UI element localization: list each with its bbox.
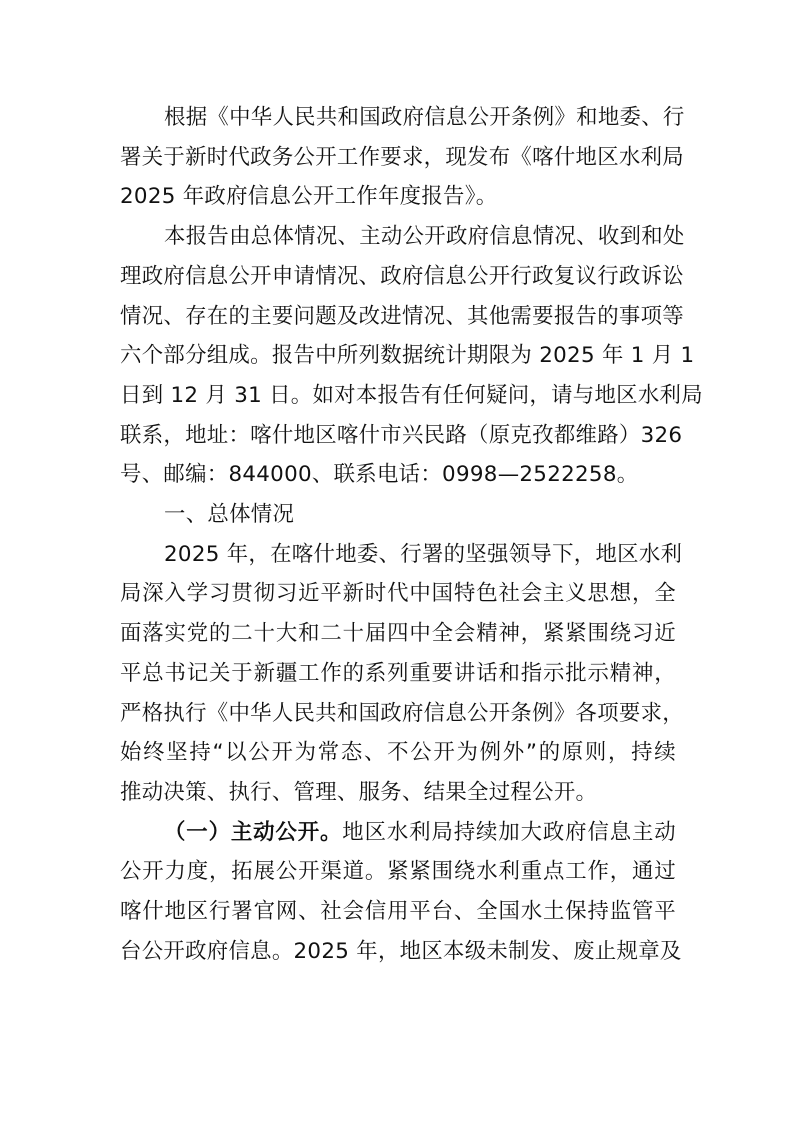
text-fragment: 地区水利局持续加大政府信息主动	[342, 820, 676, 845]
text-line: 情况、存在的主要问题及改进情况、其他需要报告的事项等	[120, 297, 676, 337]
structure-paragraph: 本报告由总体情况、主动公开政府信息情况、收到和处 理政府信息公开申请情况、政府信…	[120, 217, 676, 495]
active-disclosure-paragraph: （一）主动公开。地区水利局持续加大政府信息主动 公开力度，拓展公开渠道。紧紧围绕…	[120, 813, 676, 972]
text-line: 六个部分组成。报告中所列数据统计期限为 2025 年 1 月 1	[120, 336, 676, 376]
text-line: 日到 12 月 31 日。如对本报告有任何疑问，请与地区水利局	[120, 376, 676, 416]
text-line: 根据《中华人民共和国政府信息公开条例》和地委、行	[120, 98, 676, 138]
text-line: 局深入学习贯彻习近平新时代中国特色社会主义思想，全	[120, 574, 676, 614]
text-line: （一）主动公开。地区水利局持续加大政府信息主动	[120, 813, 676, 853]
overview-paragraph: 2025 年，在喀什地委、行署的坚强领导下，地区水利 局深入学习贯彻习近平新时代…	[120, 535, 676, 813]
intro-paragraph: 根据《中华人民共和国政府信息公开条例》和地委、行 署关于新时代政务公开工作要求，…	[120, 98, 676, 217]
text-line: 台公开政府信息。2025 年，地区本级未制发、废止规章及	[120, 932, 676, 972]
section-heading: 一、总体情况	[120, 495, 676, 535]
text-line: 公开力度，拓展公开渠道。紧紧围绕水利重点工作，通过	[120, 852, 676, 892]
text-line: 喀什地区行署官网、社会信用平台、全国水土保持监管平	[120, 892, 676, 932]
text-line: 号、邮编：844000、联系电话：0998—2522258。	[120, 455, 676, 495]
text-line: 平总书记关于新疆工作的系列重要讲话和指示批示精神，	[120, 654, 676, 694]
text-line: 严格执行《中华人民共和国政府信息公开条例》各项要求，	[120, 694, 676, 734]
section-title: 一、总体情况	[120, 495, 676, 535]
text-line: 署关于新时代政务公开工作要求，现发布《喀什地区水利局	[120, 138, 676, 178]
document-page: 根据《中华人民共和国政府信息公开条例》和地委、行 署关于新时代政务公开工作要求，…	[120, 98, 676, 971]
text-line: 2025 年政府信息公开工作年度报告》。	[120, 177, 676, 217]
text-line: 本报告由总体情况、主动公开政府信息情况、收到和处	[120, 217, 676, 257]
text-line: 推动决策、执行、管理、服务、结果全过程公开。	[120, 773, 676, 813]
text-line: 理政府信息公开申请情况、政府信息公开行政复议行政诉讼	[120, 257, 676, 297]
subsection-lead: （一）主动公开。	[164, 820, 342, 845]
text-line: 联系，地址：喀什地区喀什市兴民路（原克孜都维路）326	[120, 416, 676, 456]
text-line: 面落实党的二十大和二十届四中全会精神，紧紧围绕习近	[120, 614, 676, 654]
text-line: 始终坚持“以公开为常态、不公开为例外”的原则，持续	[120, 733, 676, 773]
text-line: 2025 年，在喀什地委、行署的坚强领导下，地区水利	[120, 535, 676, 575]
